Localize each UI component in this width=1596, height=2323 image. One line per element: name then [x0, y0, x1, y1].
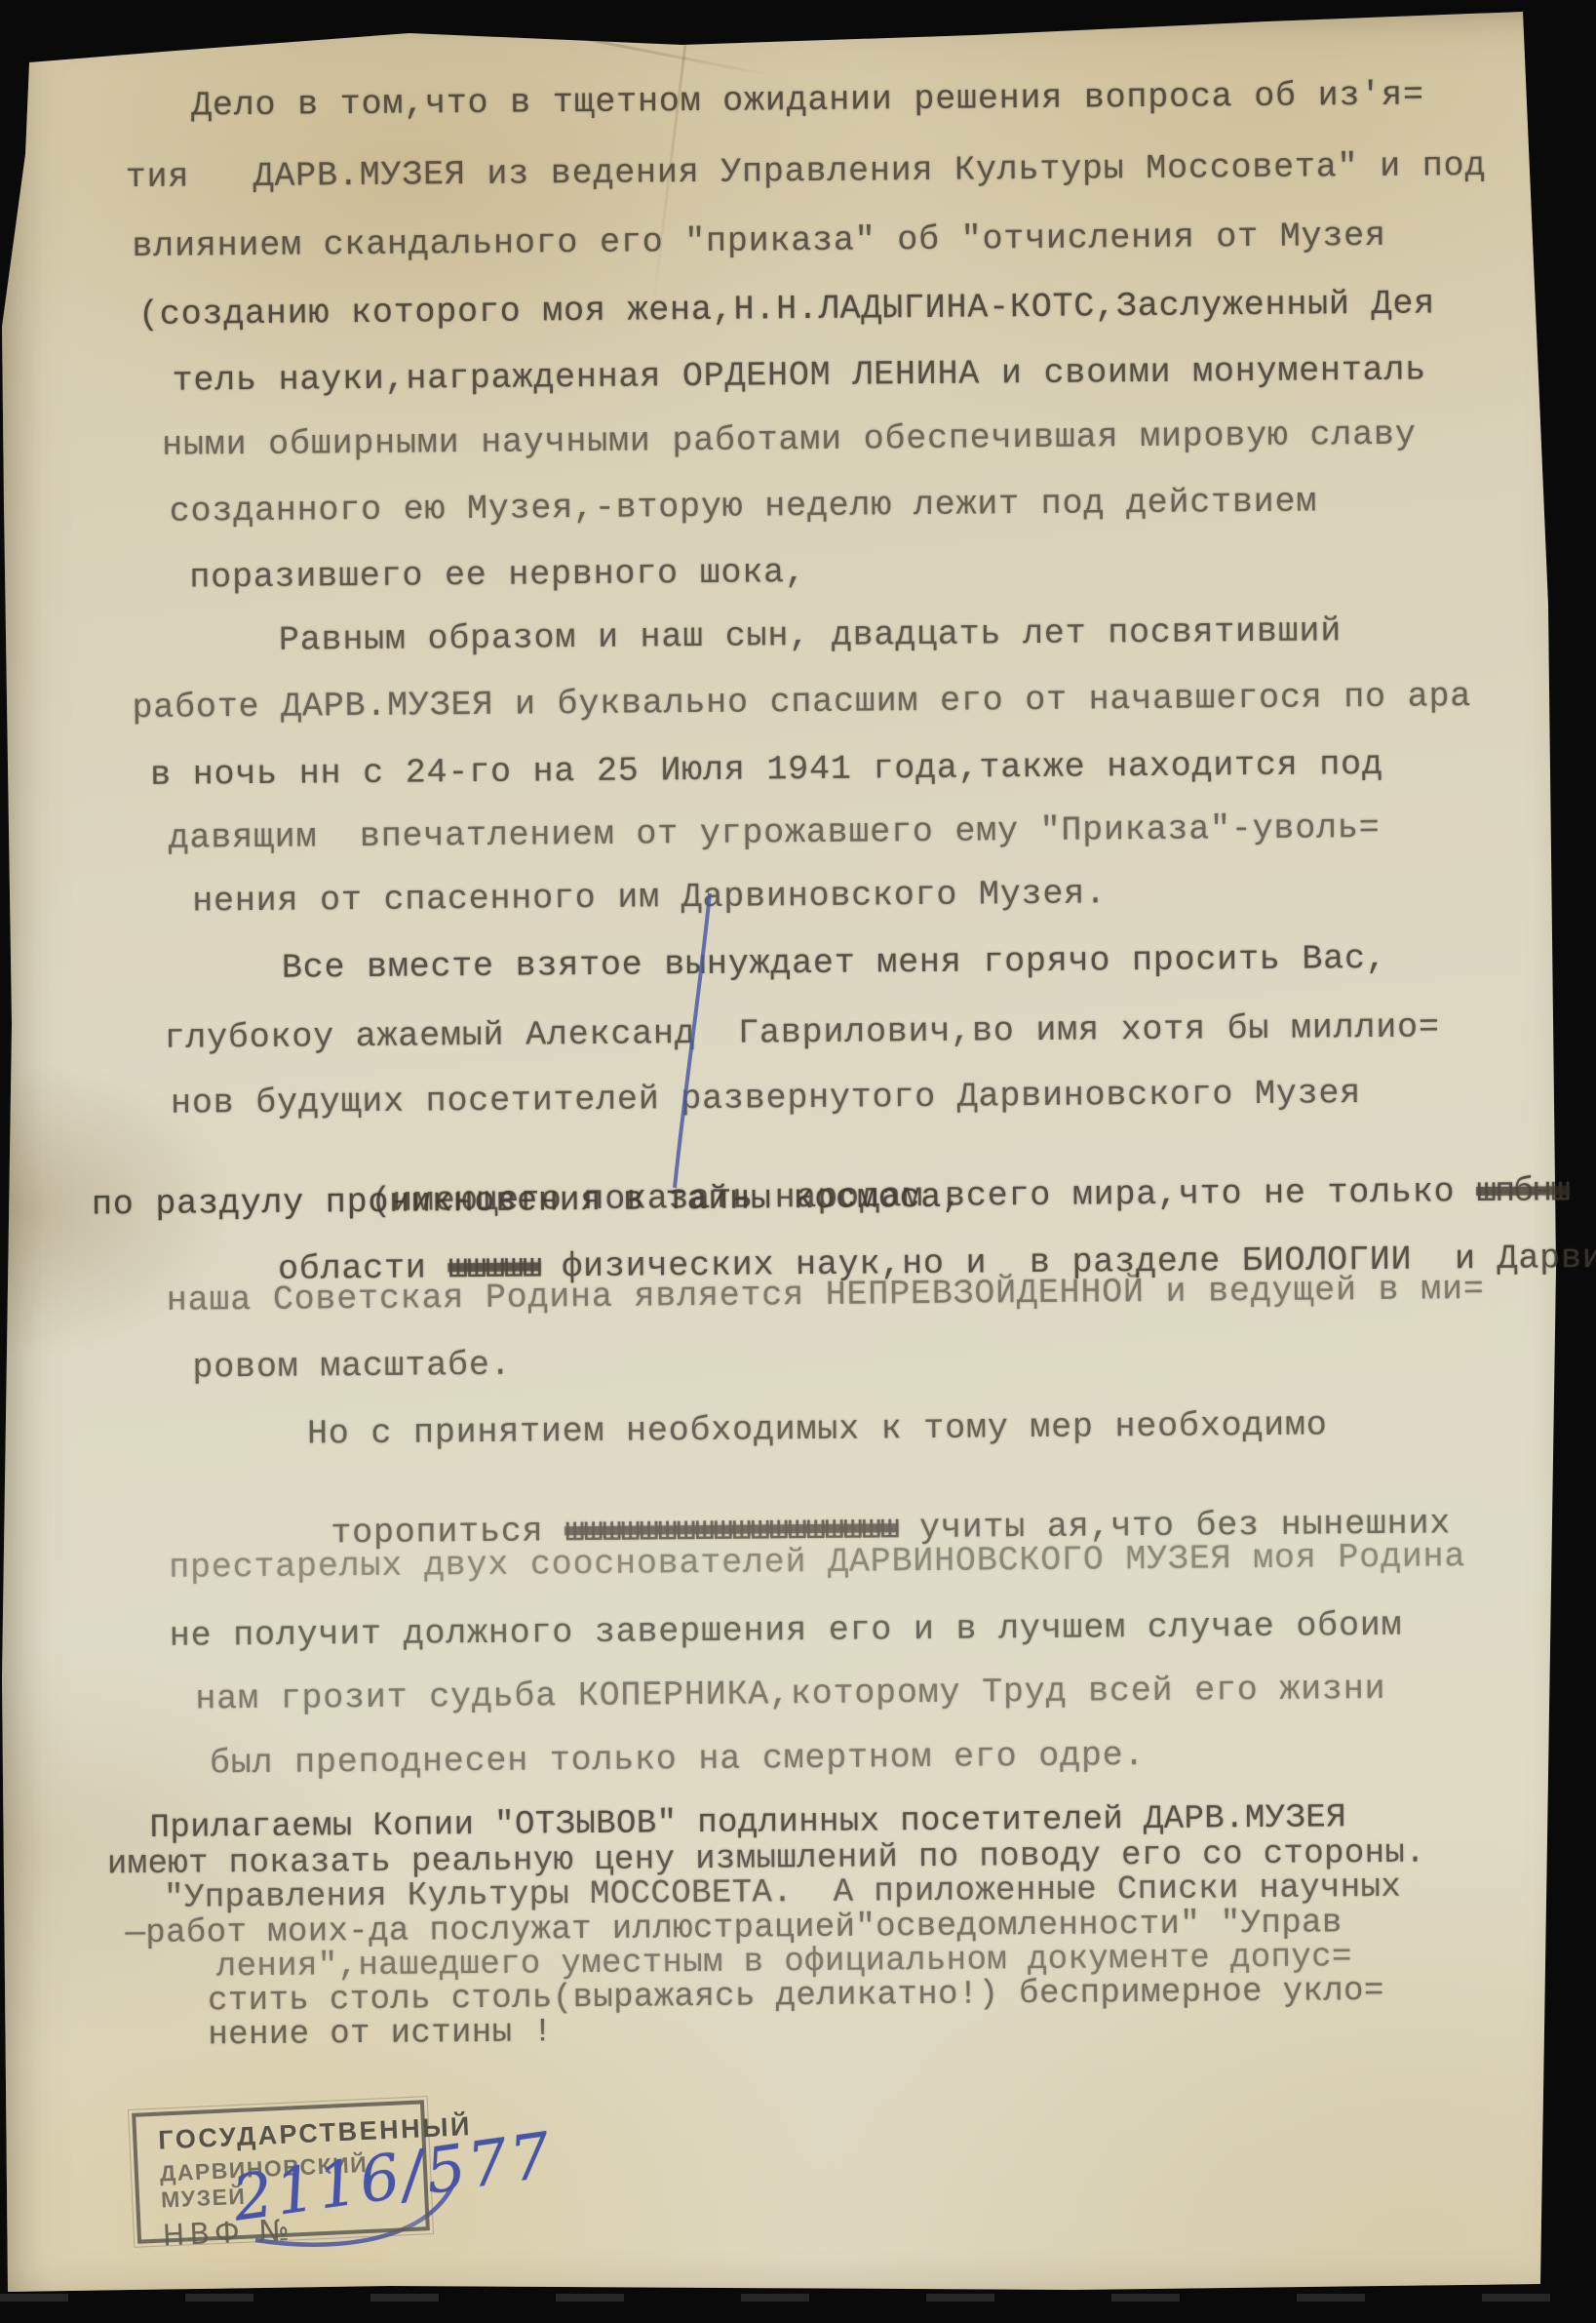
- typed-line: Но с принятием необходимых к тому мер не…: [307, 1408, 1328, 1451]
- typed-line: Все вместе взятое вынуждает меня горячо …: [282, 942, 1387, 986]
- typed-line: влиянием скандального его "приказа" об "…: [132, 219, 1386, 264]
- typed-line: Дело в том,что в тщетном ожидании решени…: [191, 78, 1424, 123]
- typed-line: поразившего ее нервного шока,: [189, 556, 806, 596]
- paragraph-4: Но с принятием необходимых к тому мер не…: [0, 0, 1595, 1]
- typed-line: нение от истины !: [208, 2016, 553, 2052]
- typed-line: работе ДАРВ.МУЗЕЯ и буквально спасшим ег…: [132, 680, 1471, 726]
- paragraph-5: Прилагаемы Копии "ОТЗЫВОВ" подлинных пос…: [0, 0, 1595, 1]
- typed-line: в ночь нн с 24-го на 25 Июля 1941 года,т…: [150, 748, 1383, 793]
- typed-line: Равным образом и наш сын, двадцать лет п…: [279, 614, 1342, 658]
- typed-line: нов будущих посетителей развернутого Дар…: [171, 1077, 1361, 1122]
- typed-line: глубокоу ажаемый Александ Гаврилович,во …: [164, 1010, 1439, 1055]
- scanned-document: Дело в том,что в тщетном ожидании решени…: [0, 0, 1596, 2323]
- paragraph-3: Все вместе взятое вынуждает меня горячо …: [0, 0, 1595, 1]
- typed-text-layer: Дело в том,что в тщетном ожидании решени…: [0, 0, 1596, 2323]
- scanner-edge-artifacts: [0, 2294, 1596, 2302]
- typed-line: созданного ею Музея,-вторую неделю лежит…: [170, 485, 1318, 529]
- typed-line: был преподнесен только на смертном его о…: [210, 1739, 1146, 1781]
- typed-line: ровом масштабе.: [192, 1349, 511, 1386]
- typed-line: стить столь столь(выражаясь деликатно!) …: [208, 1975, 1384, 2019]
- typed-line: тия ДАРВ.МУЗЕЯ из ведения Управления Кул…: [126, 149, 1487, 195]
- typed-line: нения от спасенного им Дарвиновского Муз…: [192, 877, 1107, 919]
- overstruck-text: шпбнш: [1476, 1171, 1569, 1211]
- typed-line: ными обширными научными работами обеспеч…: [162, 418, 1417, 463]
- typed-line: престарелых двух сооснователей ДАРВИНОВС…: [169, 1540, 1465, 1586]
- typed-line: (созданию которого моя жена,Н.Н.ЛАДЫГИНА…: [138, 287, 1435, 333]
- typed-line: тель науки,награжденная ОРДЕНОМ ЛЕНИНА и…: [172, 353, 1426, 398]
- typed-line: давящим впечатлением от угрожавшего ему …: [169, 811, 1381, 856]
- paragraph-1: Дело в том,что в тщетном ожидании решени…: [0, 0, 1595, 1]
- typed-line: не получит должного завершения его и в л…: [170, 1609, 1403, 1654]
- paragraph-2: Равным образом и наш сын, двадцать лет п…: [0, 0, 1595, 1]
- typed-line: нам грозит судьба КОПЕРНИКА,которому Тру…: [195, 1673, 1385, 1717]
